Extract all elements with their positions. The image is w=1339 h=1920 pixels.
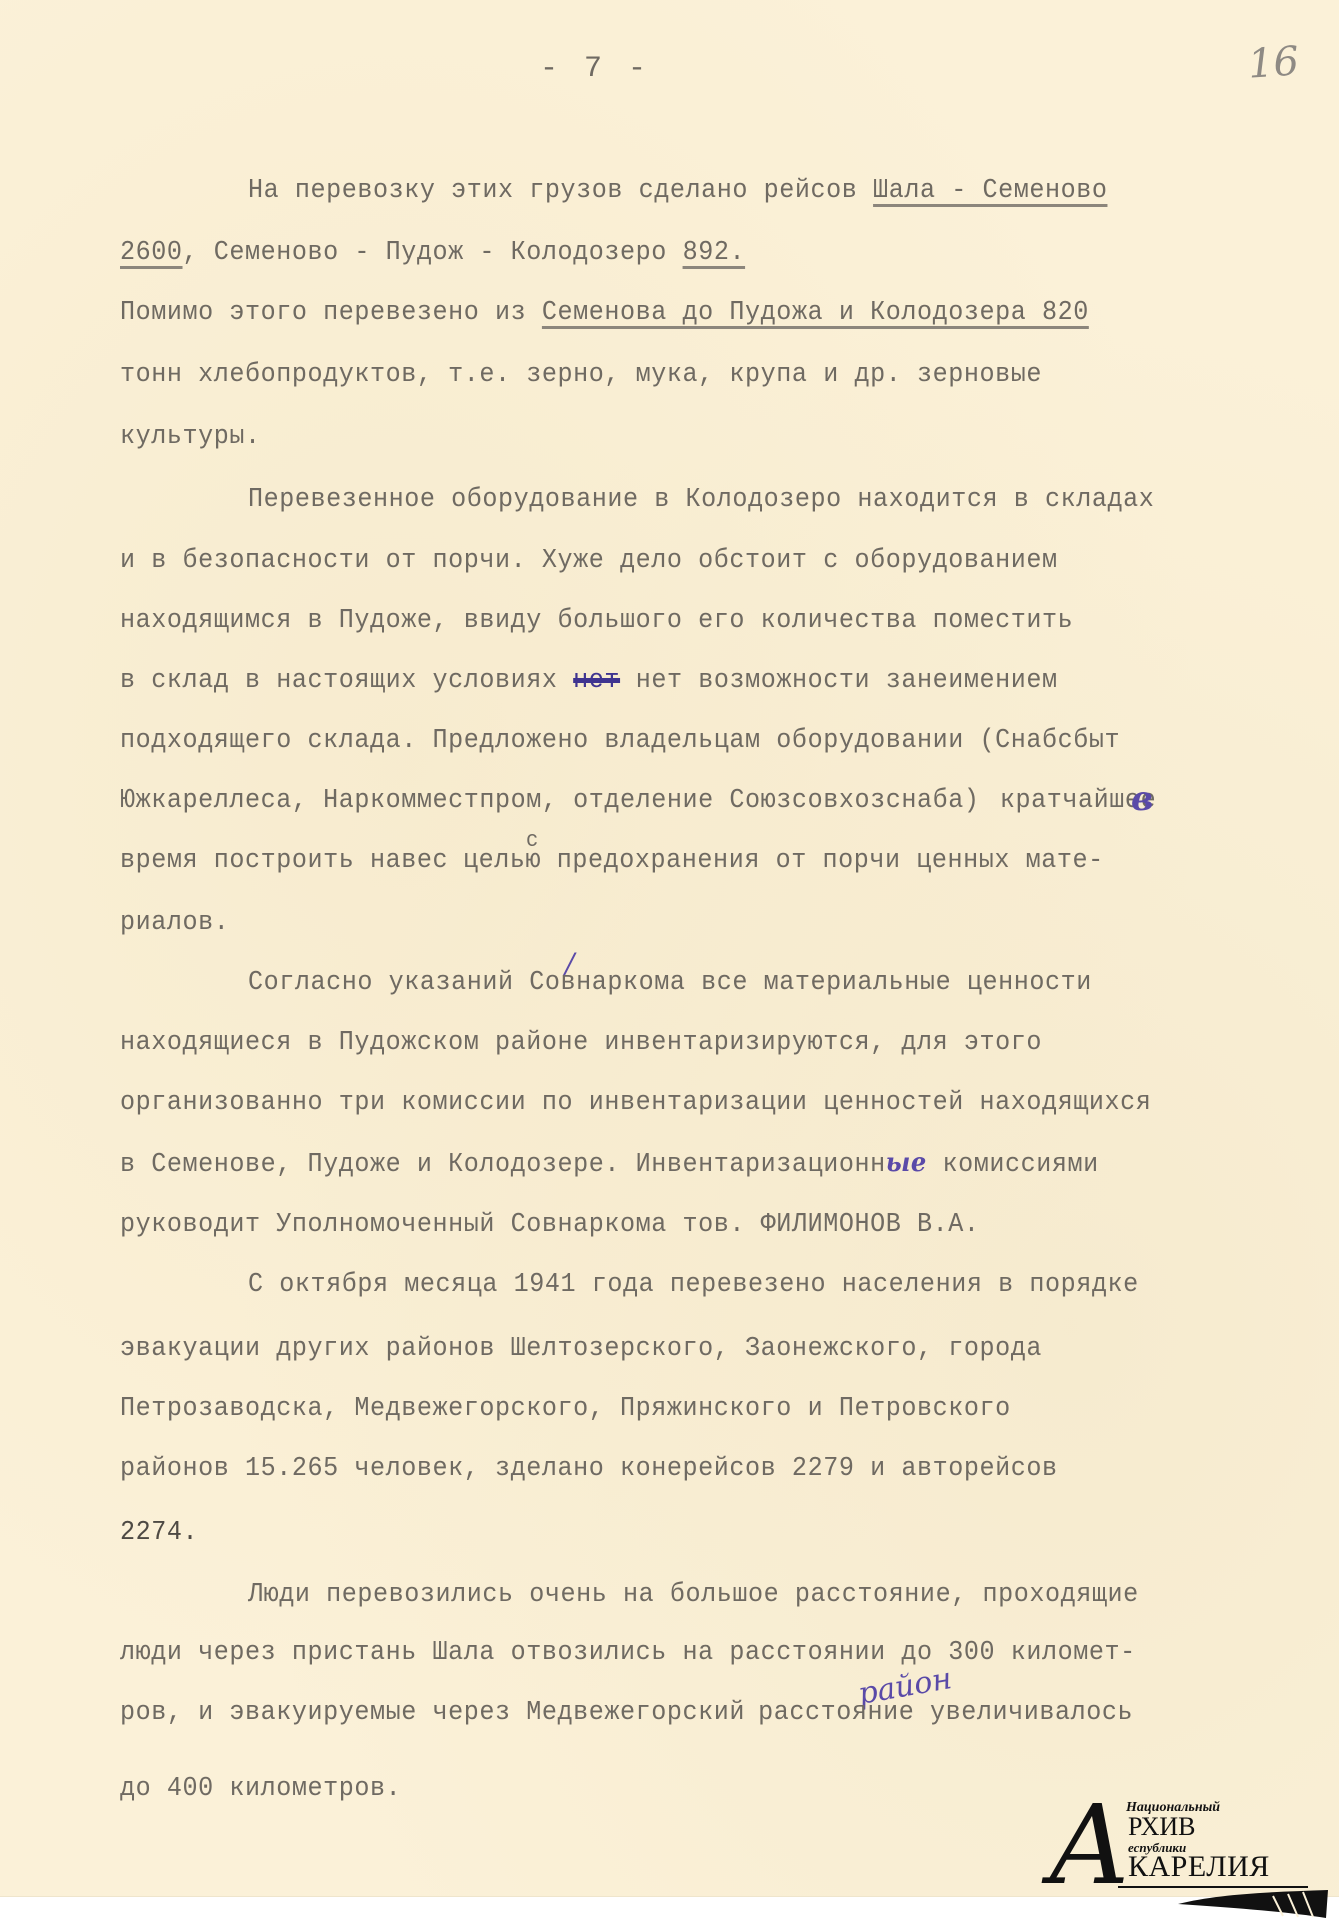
text-line: С октября месяца 1941 года перевезено на… <box>248 1272 1139 1299</box>
text-line: эвакуации других районов Шелтозерского, … <box>120 1336 1042 1363</box>
text-segment: Помимо этого перевезено из <box>120 298 542 328</box>
logo-monogram: А <box>1048 1790 1131 1900</box>
struck-text: нет <box>573 666 620 696</box>
text-line: и в безопасности от порчи. Хуже дело обс… <box>120 548 1058 575</box>
text-line: районов 15.265 человек, зделано конерейс… <box>120 1456 1058 1483</box>
text-line: в склад в настоящих условиях нет нет воз… <box>120 668 1058 695</box>
text-segment: , Семеново - Пудож - Колодозеро <box>183 238 683 268</box>
page-number: - 7 - <box>540 52 650 86</box>
text-line: руководит Уполномоченный Совнаркома тов.… <box>120 1212 979 1239</box>
text-segment: в склад в настоящих условиях <box>120 666 573 696</box>
text-line: до 400 километров. <box>120 1776 401 1803</box>
text-line: На перевозку этих грузов сделано рейсов … <box>248 178 1107 205</box>
text-line: Помимо этого перевезено из Семенова до П… <box>120 300 1089 327</box>
handwritten-insert-v: в <box>1131 782 1153 816</box>
text-line: Согласно указаний Совнаркома все материа… <box>248 970 1092 997</box>
text-line: Перевезенное оборудование в Колодозеро н… <box>248 487 1154 514</box>
text-line: организованно три комиссии по инвентариз… <box>120 1090 1151 1117</box>
archive-logo: А Национальный РХИВ еспублики КАРЕЛИЯ <box>1048 1790 1333 1920</box>
text-line: 2600, Семеново - Пудож - Колодозеро 892. <box>120 240 745 267</box>
document-page <box>0 0 1339 1897</box>
text-line: подходящего склада. Предложено владельца… <box>120 728 1120 755</box>
text-line: риалов. <box>120 910 229 937</box>
text-segment: комиссиями <box>927 1150 1099 1180</box>
underlined-text: 892. <box>683 238 746 268</box>
text-segment: ров, и эвакуируемые через Медвежегорский <box>120 1698 745 1728</box>
text-segment: в Семенове, Пудоже и Колодозере. Инвента… <box>120 1150 886 1180</box>
text-line: культуры. <box>120 424 261 451</box>
text-line: Петрозаводска, Медвежегорского, Пряжинск… <box>120 1396 1011 1423</box>
underlined-text: Семенова до Пудожа и Колодозера 820 <box>542 298 1089 328</box>
text-segment: Южкареллеса, Наркомместпром, отделение С… <box>120 786 979 816</box>
text-segment: На перевозку этих грузов сделано рейсов <box>248 176 873 206</box>
text-line: тонн хлебопродуктов, т.е. зерно, мука, к… <box>120 362 1042 389</box>
underlined-text: 2600 <box>120 238 183 268</box>
handwritten-insert-ye: ые <box>886 1148 927 1178</box>
logo-line-karelia: КАРЕЛИЯ <box>1128 1850 1270 1884</box>
text-line: находящиеся в Пудожском районе инвентари… <box>120 1030 1042 1057</box>
text-line: Люди перевозились очень на большое расст… <box>248 1582 1139 1609</box>
underlined-text: Шала - Семеново <box>873 176 1107 206</box>
text-line: Южкареллеса, Наркомместпром, отделение С… <box>120 788 1156 815</box>
text-line: время построить навесцелью предохранения… <box>120 848 1104 875</box>
text-line: 2274. <box>120 1520 198 1547</box>
archive-folio-number: 16 <box>1246 38 1300 87</box>
text-line: люди через пристань Шала отвозились на р… <box>120 1640 1136 1667</box>
feather-quill-icon <box>1178 1890 1328 1918</box>
text-line: находящимся в Пудоже, ввиду большого его… <box>120 608 1073 635</box>
text-line: ров, и эвакуируемые через Медвежегорский… <box>120 1700 1133 1727</box>
text-segment: целью предохранения от порчи ценных мате… <box>463 846 1104 876</box>
text-line: в Семенове, Пудоже и Колодозере. Инвента… <box>120 1150 1099 1179</box>
text-segment: расстояние увеличивалось <box>758 1698 1133 1728</box>
text-segment: нет возможности занеимением <box>620 666 1058 696</box>
logo-line-archive: РХИВ <box>1128 1812 1196 1842</box>
logo-rule <box>1118 1886 1308 1888</box>
text-segment: время построить навес <box>120 846 448 876</box>
